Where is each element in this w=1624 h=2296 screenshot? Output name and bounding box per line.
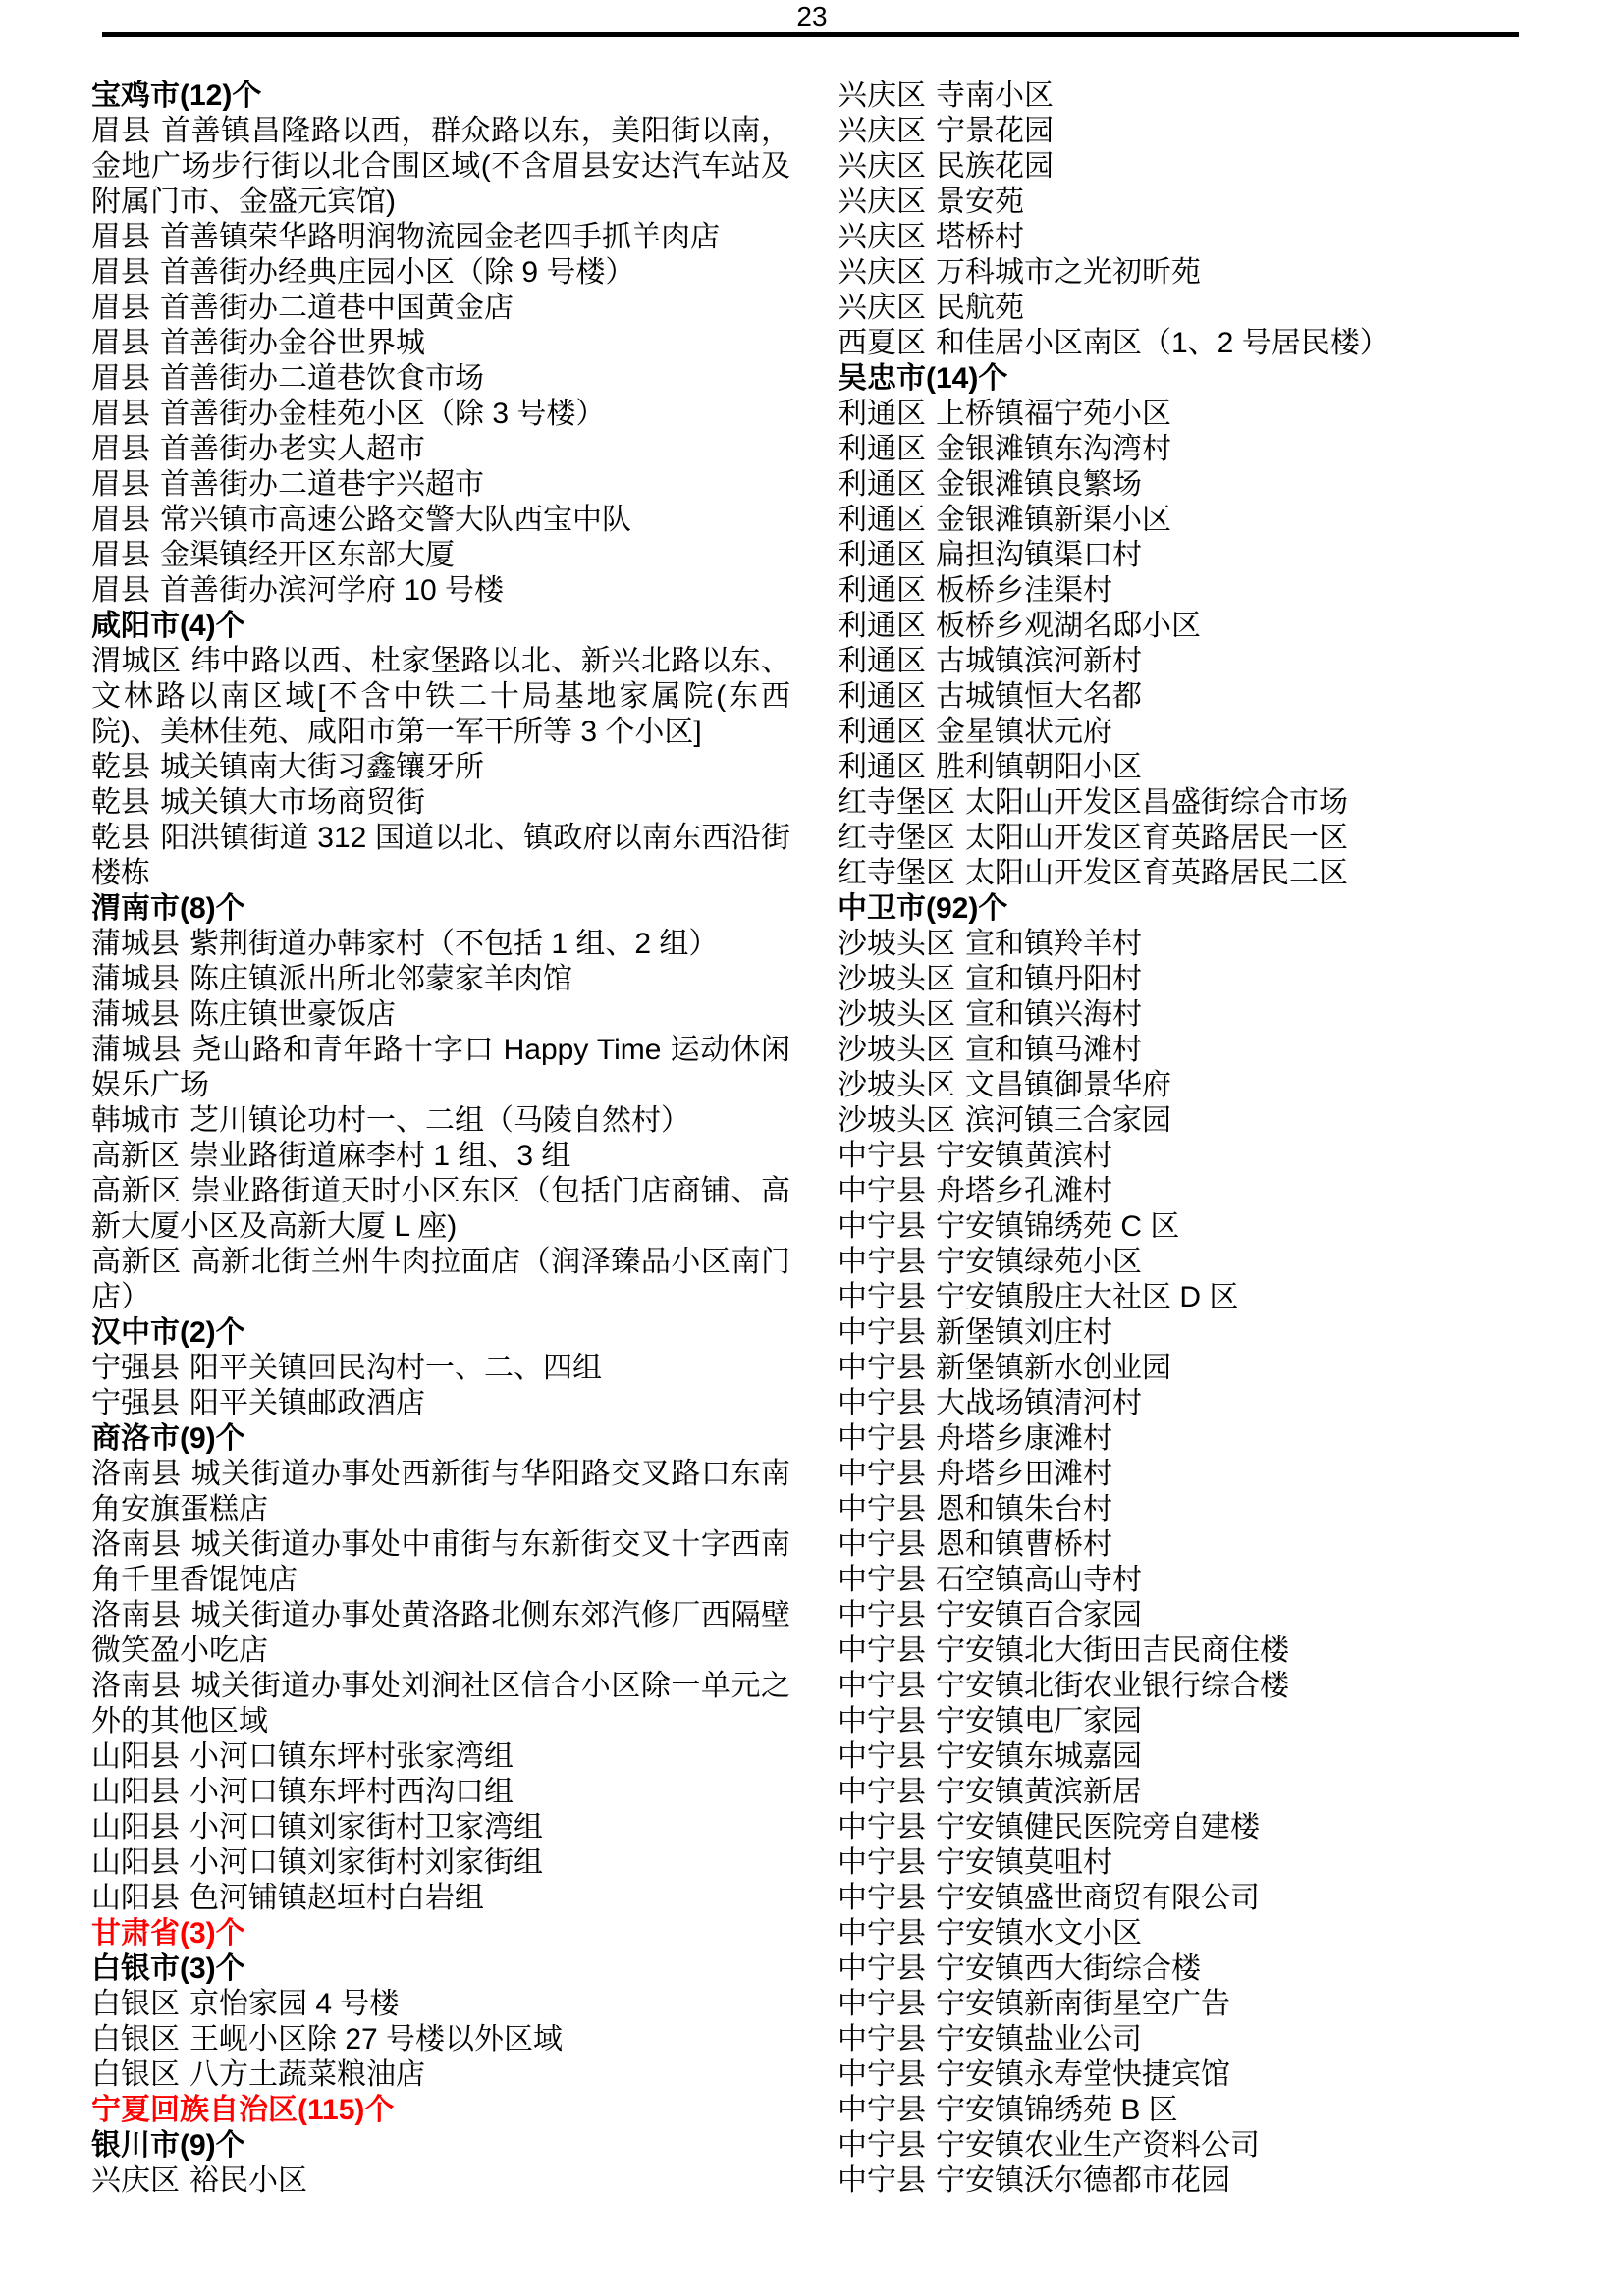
list-item: 中宁县宁安镇沃尔德都市花园 <box>838 2163 1584 2199</box>
location-text: 崇业路街道麻李村 1 组、3 组 <box>189 1140 570 1172</box>
location-text: 高新北街兰州牛肉拉面店（润泽臻品小区南门店） <box>91 1246 790 1313</box>
location-text: 滨河镇三合家园 <box>965 1104 1171 1137</box>
location-text: 新堡镇刘庄村 <box>936 1316 1112 1349</box>
location-text: 首善街办老实人超市 <box>160 433 425 465</box>
list-item: 蒲城县陈庄镇派出所北邻蒙家羊肉馆 <box>91 962 790 997</box>
location-text: 金银滩镇新渠小区 <box>936 504 1171 536</box>
region-label: 高新区 <box>91 1140 180 1172</box>
list-item: 中宁县宁安镇健民医院旁自建楼 <box>838 1810 1584 1845</box>
location-text: 城关街道办事处中甫街与东新街交叉十字西南角千里香馄饨店 <box>91 1528 790 1596</box>
location-text: 景安苑 <box>936 186 1024 218</box>
list-item: 利通区扁担沟镇渠口村 <box>838 538 1584 573</box>
region-label: 眉县 <box>91 327 150 359</box>
region-label: 洛南县 <box>91 1599 182 1631</box>
location-text: 太阳山开发区昌盛街综合市场 <box>965 786 1348 819</box>
region-label: 利通区 <box>838 645 926 677</box>
location-text: 首善街办二道巷中国黄金店 <box>160 292 514 324</box>
region-label: 红寺堡区 <box>838 786 955 819</box>
location-text: 首善街办经典庄园小区（除 9 号楼） <box>160 256 634 289</box>
list-item: 中宁县新堡镇刘庄村 <box>838 1315 1584 1351</box>
location-text: 新堡镇新水创业园 <box>936 1352 1171 1384</box>
region-label: 沙坡头区 <box>838 1104 955 1137</box>
list-item: 宁强县阳平关镇邮政酒店 <box>91 1386 790 1421</box>
location-text: 宁安镇水文小区 <box>936 1917 1142 1949</box>
region-label: 白银区 <box>91 2023 180 2056</box>
region-label: 洛南县 <box>91 1528 182 1561</box>
location-text: 宣和镇马滩村 <box>965 1034 1142 1066</box>
location-text: 宣和镇羚羊村 <box>965 928 1142 960</box>
region-label: 沙坡头区 <box>838 928 955 960</box>
list-item: 蒲城县尧山路和青年路十字口 Happy Time 运动休闲娱乐广场 <box>91 1033 790 1103</box>
list-item: 眉县常兴镇市高速公路交警大队西宝中队 <box>91 503 790 538</box>
city-header: 银川市(9)个 <box>91 2128 790 2163</box>
list-item: 蒲城县紫荆街道办韩家村（不包括 1 组、2 组） <box>91 927 790 962</box>
location-text: 大战场镇清河村 <box>936 1387 1142 1419</box>
region-label: 沙坡头区 <box>838 1034 955 1066</box>
region-label: 中宁县 <box>838 1175 926 1207</box>
location-text: 塔桥村 <box>936 221 1024 253</box>
location-text: 宁安镇电厂家园 <box>936 1705 1142 1737</box>
list-item: 宁强县阳平关镇回民沟村一、二、四组 <box>91 1351 790 1386</box>
list-item: 沙坡头区宣和镇兴海村 <box>838 997 1584 1033</box>
list-item: 眉县首善街办金谷世界城 <box>91 326 790 361</box>
city-header: 渭南市(8)个 <box>91 891 790 927</box>
location-text: 板桥乡洼渠村 <box>936 574 1112 607</box>
location-text: 八方土蔬菜粮油店 <box>189 2058 425 2091</box>
region-label: 中宁县 <box>838 1564 926 1596</box>
list-item: 山阳县小河口镇刘家街村刘家街组 <box>91 1845 790 1881</box>
list-item: 中宁县宁安镇水文小区 <box>838 1916 1584 1951</box>
region-label: 中宁县 <box>838 1599 926 1631</box>
location-text: 胜利镇朝阳小区 <box>936 751 1142 783</box>
location-text: 宁景花园 <box>936 115 1054 147</box>
list-item: 高新区崇业路街道麻李村 1 组、3 组 <box>91 1139 790 1174</box>
location-text: 舟塔乡孔滩村 <box>936 1175 1112 1207</box>
region-label: 中宁县 <box>838 1811 926 1843</box>
region-label: 沙坡头区 <box>838 1069 955 1101</box>
region-label: 兴庆区 <box>838 292 926 324</box>
list-item: 眉县首善镇荣华路明润物流园金老四手抓羊肉店 <box>91 220 790 255</box>
location-text: 小河口镇刘家街村刘家街组 <box>189 1846 543 1879</box>
region-label: 中宁县 <box>838 1952 926 1985</box>
list-item: 红寺堡区太阳山开发区昌盛街综合市场 <box>838 785 1584 821</box>
region-label: 山阳县 <box>91 1740 180 1773</box>
list-item: 中宁县宁安镇黄滨新居 <box>838 1775 1584 1810</box>
region-label: 利通区 <box>838 610 926 642</box>
location-text: 寺南小区 <box>936 80 1054 112</box>
region-label: 兴庆区 <box>838 150 926 183</box>
location-text: 崇业路街道天时小区东区（包括门店商铺、高新大厦小区及高新大厦 L 座) <box>91 1175 790 1243</box>
list-item: 中宁县宁安镇黄滨村 <box>838 1139 1584 1174</box>
region-label: 洛南县 <box>91 1458 182 1490</box>
list-item: 利通区金银滩镇新渠小区 <box>838 503 1584 538</box>
city-header: 宝鸡市(12)个 <box>91 79 790 114</box>
list-item: 兴庆区寺南小区 <box>838 79 1584 114</box>
region-label: 兴庆区 <box>838 221 926 253</box>
location-text: 文昌镇御景华府 <box>965 1069 1171 1101</box>
location-text: 石空镇高山寺村 <box>936 1564 1142 1596</box>
location-text: 恩和镇曹桥村 <box>936 1528 1112 1561</box>
list-item: 中宁县宁安镇锦绣苑 C 区 <box>838 1209 1584 1245</box>
list-item: 兴庆区宁景花园 <box>838 114 1584 149</box>
location-text: 阳洪镇街道 312 国道以北、镇政府以南东西沿街楼栋 <box>91 822 790 889</box>
list-item: 眉县首善街办二道巷宇兴超市 <box>91 467 790 503</box>
region-label: 眉县 <box>91 362 150 395</box>
location-text: 古城镇滨河新村 <box>936 645 1142 677</box>
region-label: 兴庆区 <box>838 80 926 112</box>
region-label: 韩城市 <box>91 1104 180 1137</box>
list-item: 高新区崇业路街道天时小区东区（包括门店商铺、高新大厦小区及高新大厦 L 座) <box>91 1174 790 1245</box>
region-label: 中宁县 <box>838 1740 926 1773</box>
city-header: 白银市(3)个 <box>91 1951 790 1987</box>
list-item: 中宁县恩和镇朱台村 <box>838 1492 1584 1527</box>
region-label: 中宁县 <box>838 1281 926 1313</box>
location-text: 宁安镇绿苑小区 <box>936 1246 1142 1278</box>
list-item: 中宁县大战场镇清河村 <box>838 1386 1584 1421</box>
region-label: 白银区 <box>91 1988 180 2020</box>
list-item: 沙坡头区文昌镇御景华府 <box>838 1068 1584 1103</box>
region-label: 利通区 <box>838 574 926 607</box>
location-text: 首善镇昌隆路以西，群众路以东，美阳街以南，金地广场步行街以北合围区域(不含眉县安… <box>91 115 790 218</box>
city-header: 商洛市(9)个 <box>91 1421 790 1457</box>
region-label: 高新区 <box>91 1175 182 1207</box>
list-item: 沙坡头区宣和镇马滩村 <box>838 1033 1584 1068</box>
location-text: 上桥镇福宁苑小区 <box>936 398 1171 430</box>
list-item: 白银区王岘小区除 27 号楼以外区域 <box>91 2022 790 2057</box>
location-text: 万科城市之光初昕苑 <box>936 256 1201 289</box>
location-text: 首善镇荣华路明润物流园金老四手抓羊肉店 <box>160 221 720 253</box>
region-label: 眉县 <box>91 433 150 465</box>
region-label: 眉县 <box>91 504 150 536</box>
list-item: 蒲城县陈庄镇世豪饭店 <box>91 997 790 1033</box>
region-label: 乾县 <box>91 822 150 854</box>
list-item: 眉县金渠镇经开区东部大厦 <box>91 538 790 573</box>
location-text: 金星镇状元府 <box>936 716 1112 748</box>
region-label: 眉县 <box>91 574 150 607</box>
location-text: 宁安镇沃尔德都市花园 <box>936 2164 1230 2197</box>
list-item: 中宁县宁安镇锦绣苑 B 区 <box>838 2093 1584 2128</box>
region-label: 中宁县 <box>838 2129 926 2162</box>
list-item: 眉县首善街办二道巷中国黄金店 <box>91 291 790 326</box>
region-label: 中宁县 <box>838 2023 926 2056</box>
city-header: 咸阳市(4)个 <box>91 609 790 644</box>
province-header: 甘肃省(3)个 <box>91 1916 790 1951</box>
region-label: 蒲城县 <box>91 928 180 960</box>
location-text: 宁安镇锦绣苑 B 区 <box>936 2094 1178 2126</box>
region-label: 山阳县 <box>91 1882 180 1914</box>
list-item: 中宁县宁安镇绿苑小区 <box>838 1245 1584 1280</box>
location-text: 城关街道办事处刘涧社区信合小区除一单元之外的其他区域 <box>91 1670 790 1737</box>
region-label: 蒲城县 <box>91 963 180 995</box>
location-text: 古城镇恒大名都 <box>936 680 1142 713</box>
region-label: 沙坡头区 <box>838 963 955 995</box>
region-label: 白银区 <box>91 2058 180 2091</box>
location-text: 首善街办金谷世界城 <box>160 327 425 359</box>
list-item: 高新区高新北街兰州牛肉拉面店（润泽臻品小区南门店） <box>91 1245 790 1315</box>
page-number: 23 <box>0 1 1624 32</box>
region-label: 西夏区 <box>838 327 926 359</box>
location-text: 陈庄镇派出所北邻蒙家羊肉馆 <box>189 963 572 995</box>
region-label: 红寺堡区 <box>838 822 955 854</box>
region-label: 中宁县 <box>838 1210 926 1243</box>
region-label: 山阳县 <box>91 1846 180 1879</box>
list-item: 中宁县宁安镇西大街综合楼 <box>838 1951 1584 1987</box>
province-header: 宁夏回族自治区(115)个 <box>91 2093 790 2128</box>
region-label: 利通区 <box>838 433 926 465</box>
location-text: 恩和镇朱台村 <box>936 1493 1112 1525</box>
location-text: 宁安镇锦绣苑 C 区 <box>936 1210 1179 1243</box>
location-text: 首善街办二道巷宇兴超市 <box>160 468 484 501</box>
location-text: 宁安镇健民医院旁自建楼 <box>936 1811 1260 1843</box>
region-label: 兴庆区 <box>91 2164 180 2197</box>
region-label: 利通区 <box>838 468 926 501</box>
list-item: 中宁县宁安镇永寿堂快捷宾馆 <box>838 2057 1584 2093</box>
location-text: 宁安镇农业生产资料公司 <box>936 2129 1260 2162</box>
list-item: 山阳县色河铺镇赵垣村白岩组 <box>91 1881 790 1916</box>
region-label: 中宁县 <box>838 1988 926 2020</box>
location-text: 金渠镇经开区东部大厦 <box>160 539 455 571</box>
list-item: 中宁县宁安镇百合家园 <box>838 1598 1584 1633</box>
list-item: 兴庆区民族花园 <box>838 149 1584 185</box>
region-label: 中宁县 <box>838 2164 926 2197</box>
list-item: 利通区板桥乡洼渠村 <box>838 573 1584 609</box>
region-label: 山阳县 <box>91 1811 180 1843</box>
list-item: 兴庆区万科城市之光初昕苑 <box>838 255 1584 291</box>
list-item: 山阳县小河口镇东坪村张家湾组 <box>91 1739 790 1775</box>
region-label: 宁强县 <box>91 1352 180 1384</box>
list-item: 乾县城关镇大市场商贸街 <box>91 785 790 821</box>
list-item: 中宁县宁安镇北街农业银行综合楼 <box>838 1669 1584 1704</box>
list-item: 中宁县宁安镇北大街田吉民商住楼 <box>838 1633 1584 1669</box>
location-text: 宣和镇丹阳村 <box>965 963 1142 995</box>
list-item: 眉县首善街办老实人超市 <box>91 432 790 467</box>
region-label: 中宁县 <box>838 1670 926 1702</box>
list-item: 中宁县石空镇高山寺村 <box>838 1563 1584 1598</box>
location-text: 宁安镇黄滨村 <box>936 1140 1112 1172</box>
location-text: 宣和镇兴海村 <box>965 998 1142 1031</box>
location-text: 宁安镇东城嘉园 <box>936 1740 1142 1773</box>
location-text: 宁安镇盐业公司 <box>936 2023 1142 2056</box>
list-item: 白银区京怡家园 4 号楼 <box>91 1987 790 2022</box>
list-item: 乾县城关镇南大街习鑫镶牙所 <box>91 750 790 785</box>
list-item: 山阳县小河口镇刘家街村卫家湾组 <box>91 1810 790 1845</box>
list-item: 中宁县宁安镇电厂家园 <box>838 1704 1584 1739</box>
list-item: 中宁县新堡镇新水创业园 <box>838 1351 1584 1386</box>
list-item: 红寺堡区太阳山开发区育英路居民一区 <box>838 821 1584 856</box>
location-text: 宁安镇殷庄大社区 D 区 <box>936 1281 1238 1313</box>
list-item: 眉县首善街办经典庄园小区（除 9 号楼） <box>91 255 790 291</box>
list-item: 兴庆区景安苑 <box>838 185 1584 220</box>
region-label: 利通区 <box>838 680 926 713</box>
list-item: 白银区八方土蔬菜粮油店 <box>91 2057 790 2093</box>
list-item: 兴庆区塔桥村 <box>838 220 1584 255</box>
list-item: 沙坡头区宣和镇羚羊村 <box>838 927 1584 962</box>
location-text: 紫荆街道办韩家村（不包括 1 组、2 组） <box>189 928 718 960</box>
region-label: 洛南县 <box>91 1670 182 1702</box>
region-label: 眉县 <box>91 256 150 289</box>
location-text: 小河口镇刘家街村卫家湾组 <box>189 1811 543 1843</box>
list-item: 利通区胜利镇朝阳小区 <box>838 750 1584 785</box>
region-label: 中宁县 <box>838 1917 926 1949</box>
location-text: 和佳居小区南区（1、2 号居民楼） <box>936 327 1389 359</box>
region-label: 红寺堡区 <box>838 857 955 889</box>
list-item: 韩城市芝川镇论功村一、二组（马陵自然村） <box>91 1103 790 1139</box>
region-label: 利通区 <box>838 716 926 748</box>
region-label: 眉县 <box>91 539 150 571</box>
location-text: 王岘小区除 27 号楼以外区域 <box>189 2023 563 2056</box>
region-label: 蒲城县 <box>91 1034 182 1066</box>
location-text: 舟塔乡康滩村 <box>936 1422 1112 1455</box>
region-label: 山阳县 <box>91 1776 180 1808</box>
region-label: 中宁县 <box>838 2094 926 2126</box>
location-text: 首善街办金桂苑小区（除 3 号楼） <box>160 398 605 430</box>
list-item: 兴庆区民航苑 <box>838 291 1584 326</box>
region-label: 利通区 <box>838 504 926 536</box>
region-label: 中宁县 <box>838 1140 926 1172</box>
list-item: 中宁县宁安镇农业生产资料公司 <box>838 2128 1584 2163</box>
location-text: 京怡家园 4 号楼 <box>189 1988 399 2020</box>
location-text: 首善街办二道巷饮食市场 <box>160 362 484 395</box>
list-item: 山阳县小河口镇东坪村西沟口组 <box>91 1775 790 1810</box>
location-text: 宁安镇永寿堂快捷宾馆 <box>936 2058 1230 2091</box>
list-item: 眉县首善街办二道巷饮食市场 <box>91 361 790 397</box>
city-header: 汉中市(2)个 <box>91 1315 790 1351</box>
list-item: 中宁县舟塔乡田滩村 <box>838 1457 1584 1492</box>
list-item: 乾县阳洪镇街道 312 国道以北、镇政府以南东西沿街楼栋 <box>91 821 790 891</box>
header-rule <box>102 32 1519 37</box>
region-label: 渭城区 <box>91 645 182 677</box>
region-label: 中宁县 <box>838 2058 926 2091</box>
region-label: 中宁县 <box>838 1528 926 1561</box>
region-label: 乾县 <box>91 751 150 783</box>
list-item: 利通区古城镇滨河新村 <box>838 644 1584 679</box>
region-label: 中宁县 <box>838 1352 926 1384</box>
region-label: 兴庆区 <box>838 115 926 147</box>
location-text: 阳平关镇邮政酒店 <box>189 1387 425 1419</box>
region-label: 眉县 <box>91 115 151 147</box>
region-label: 中宁县 <box>838 1776 926 1808</box>
region-label: 中宁县 <box>838 1846 926 1879</box>
list-item: 沙坡头区宣和镇丹阳村 <box>838 962 1584 997</box>
region-label: 眉县 <box>91 468 150 501</box>
region-label: 眉县 <box>91 398 150 430</box>
list-item: 沙坡头区滨河镇三合家园 <box>838 1103 1584 1139</box>
list-item: 中宁县宁安镇盐业公司 <box>838 2022 1584 2057</box>
region-label: 眉县 <box>91 221 150 253</box>
right-column: 兴庆区寺南小区兴庆区宁景花园兴庆区民族花园兴庆区景安苑兴庆区塔桥村兴庆区万科城市… <box>838 79 1584 2199</box>
location-text: 陈庄镇世豪饭店 <box>189 998 396 1031</box>
list-item: 中宁县舟塔乡康滩村 <box>838 1421 1584 1457</box>
region-label: 中宁县 <box>838 1634 926 1667</box>
list-item: 眉县首善镇昌隆路以西，群众路以东，美阳街以南，金地广场步行街以北合围区域(不含眉… <box>91 114 790 220</box>
location-text: 宁安镇西大街综合楼 <box>936 1952 1201 1985</box>
list-item: 利通区金银滩镇良繁场 <box>838 467 1584 503</box>
region-label: 乾县 <box>91 786 150 819</box>
region-label: 宁强县 <box>91 1387 180 1419</box>
location-text: 首善街办滨河学府 10 号楼 <box>160 574 504 607</box>
left-column: 宝鸡市(12)个眉县首善镇昌隆路以西，群众路以东，美阳街以南，金地广场步行街以北… <box>91 79 790 2199</box>
location-text: 宁安镇北街农业银行综合楼 <box>936 1670 1289 1702</box>
list-item: 中宁县宁安镇盛世商贸有限公司 <box>838 1881 1584 1916</box>
location-text: 太阳山开发区育英路居民一区 <box>965 822 1348 854</box>
list-item: 利通区金银滩镇东沟湾村 <box>838 432 1584 467</box>
location-text: 城关街道办事处黄洛路北侧东郊汽修厂西隔壁微笑盈小吃店 <box>91 1599 790 1667</box>
list-item: 中宁县宁安镇莫咀村 <box>838 1845 1584 1881</box>
region-label: 蒲城县 <box>91 998 180 1031</box>
list-item: 洛南县城关街道办事处刘涧社区信合小区除一单元之外的其他区域 <box>91 1669 790 1739</box>
document-page: 23 宝鸡市(12)个眉县首善镇昌隆路以西，群众路以东，美阳街以南，金地广场步行… <box>0 0 1624 2296</box>
region-label: 中宁县 <box>838 1882 926 1914</box>
city-header: 吴忠市(14)个 <box>838 361 1584 397</box>
list-item: 中宁县宁安镇东城嘉园 <box>838 1739 1584 1775</box>
location-text: 金银滩镇良繁场 <box>936 468 1142 501</box>
list-item: 渭城区纬中路以西、杜家堡路以北、新兴北路以东、文林路以南区域[不含中铁二十局基地… <box>91 644 790 750</box>
city-header: 中卫市(92)个 <box>838 891 1584 927</box>
location-text: 宁安镇莫咀村 <box>936 1846 1112 1879</box>
list-item: 中宁县宁安镇殷庄大社区 D 区 <box>838 1280 1584 1315</box>
location-text: 宁安镇北大街田吉民商住楼 <box>936 1634 1289 1667</box>
region-label: 中宁县 <box>838 1387 926 1419</box>
region-label: 中宁县 <box>838 1493 926 1525</box>
location-text: 太阳山开发区育英路居民二区 <box>965 857 1348 889</box>
list-item: 利通区板桥乡观湖名邸小区 <box>838 609 1584 644</box>
list-item: 洛南县城关街道办事处西新街与华阳路交叉路口东南角安旗蛋糕店 <box>91 1457 790 1527</box>
location-text: 城关街道办事处西新街与华阳路交叉路口东南角安旗蛋糕店 <box>91 1458 790 1525</box>
location-text: 宁安镇百合家园 <box>936 1599 1142 1631</box>
location-text: 裕民小区 <box>189 2164 307 2197</box>
region-label: 兴庆区 <box>838 186 926 218</box>
location-text: 小河口镇东坪村张家湾组 <box>189 1740 514 1773</box>
region-label: 中宁县 <box>838 1246 926 1278</box>
location-text: 芝川镇论功村一、二组（马陵自然村） <box>189 1104 690 1137</box>
list-item: 利通区上桥镇福宁苑小区 <box>838 397 1584 432</box>
list-item: 兴庆区裕民小区 <box>91 2163 790 2199</box>
list-item: 洛南县城关街道办事处中甫街与东新街交叉十字西南角千里香馄饨店 <box>91 1527 790 1598</box>
location-text: 宁安镇黄滨新居 <box>936 1776 1142 1808</box>
region-label: 利通区 <box>838 398 926 430</box>
location-text: 尧山路和青年路十字口 Happy Time 运动休闲娱乐广场 <box>91 1034 790 1101</box>
location-text: 宁安镇盛世商贸有限公司 <box>936 1882 1260 1914</box>
list-item: 中宁县宁安镇新南街星空广告 <box>838 1987 1584 2022</box>
location-text: 扁担沟镇渠口村 <box>936 539 1142 571</box>
region-label: 高新区 <box>91 1246 182 1278</box>
region-label: 中宁县 <box>838 1458 926 1490</box>
region-label: 利通区 <box>838 751 926 783</box>
location-text: 金银滩镇东沟湾村 <box>936 433 1171 465</box>
location-text: 民航苑 <box>936 292 1024 324</box>
region-label: 中宁县 <box>838 1422 926 1455</box>
list-item: 利通区古城镇恒大名都 <box>838 679 1584 715</box>
list-item: 眉县首善街办滨河学府 10 号楼 <box>91 573 790 609</box>
location-text: 纬中路以西、杜家堡路以北、新兴北路以东、文林路以南区域[不含中铁二十局基地家属院… <box>91 645 790 748</box>
location-text: 小河口镇东坪村西沟口组 <box>189 1776 514 1808</box>
list-item: 洛南县城关街道办事处黄洛路北侧东郊汽修厂西隔壁微笑盈小吃店 <box>91 1598 790 1669</box>
location-text: 常兴镇市高速公路交警大队西宝中队 <box>160 504 631 536</box>
region-label: 兴庆区 <box>838 256 926 289</box>
region-label: 眉县 <box>91 292 150 324</box>
list-item: 西夏区和佳居小区南区（1、2 号居民楼） <box>838 326 1584 361</box>
location-text: 城关镇大市场商贸街 <box>160 786 425 819</box>
list-item: 中宁县舟塔乡孔滩村 <box>838 1174 1584 1209</box>
list-item: 红寺堡区太阳山开发区育英路居民二区 <box>838 856 1584 891</box>
list-item: 眉县首善街办金桂苑小区（除 3 号楼） <box>91 397 790 432</box>
list-item: 利通区金星镇状元府 <box>838 715 1584 750</box>
region-label: 沙坡头区 <box>838 998 955 1031</box>
location-text: 板桥乡观湖名邸小区 <box>936 610 1201 642</box>
location-text: 城关镇南大街习鑫镶牙所 <box>160 751 484 783</box>
location-text: 色河铺镇赵垣村白岩组 <box>189 1882 484 1914</box>
list-item: 中宁县恩和镇曹桥村 <box>838 1527 1584 1563</box>
